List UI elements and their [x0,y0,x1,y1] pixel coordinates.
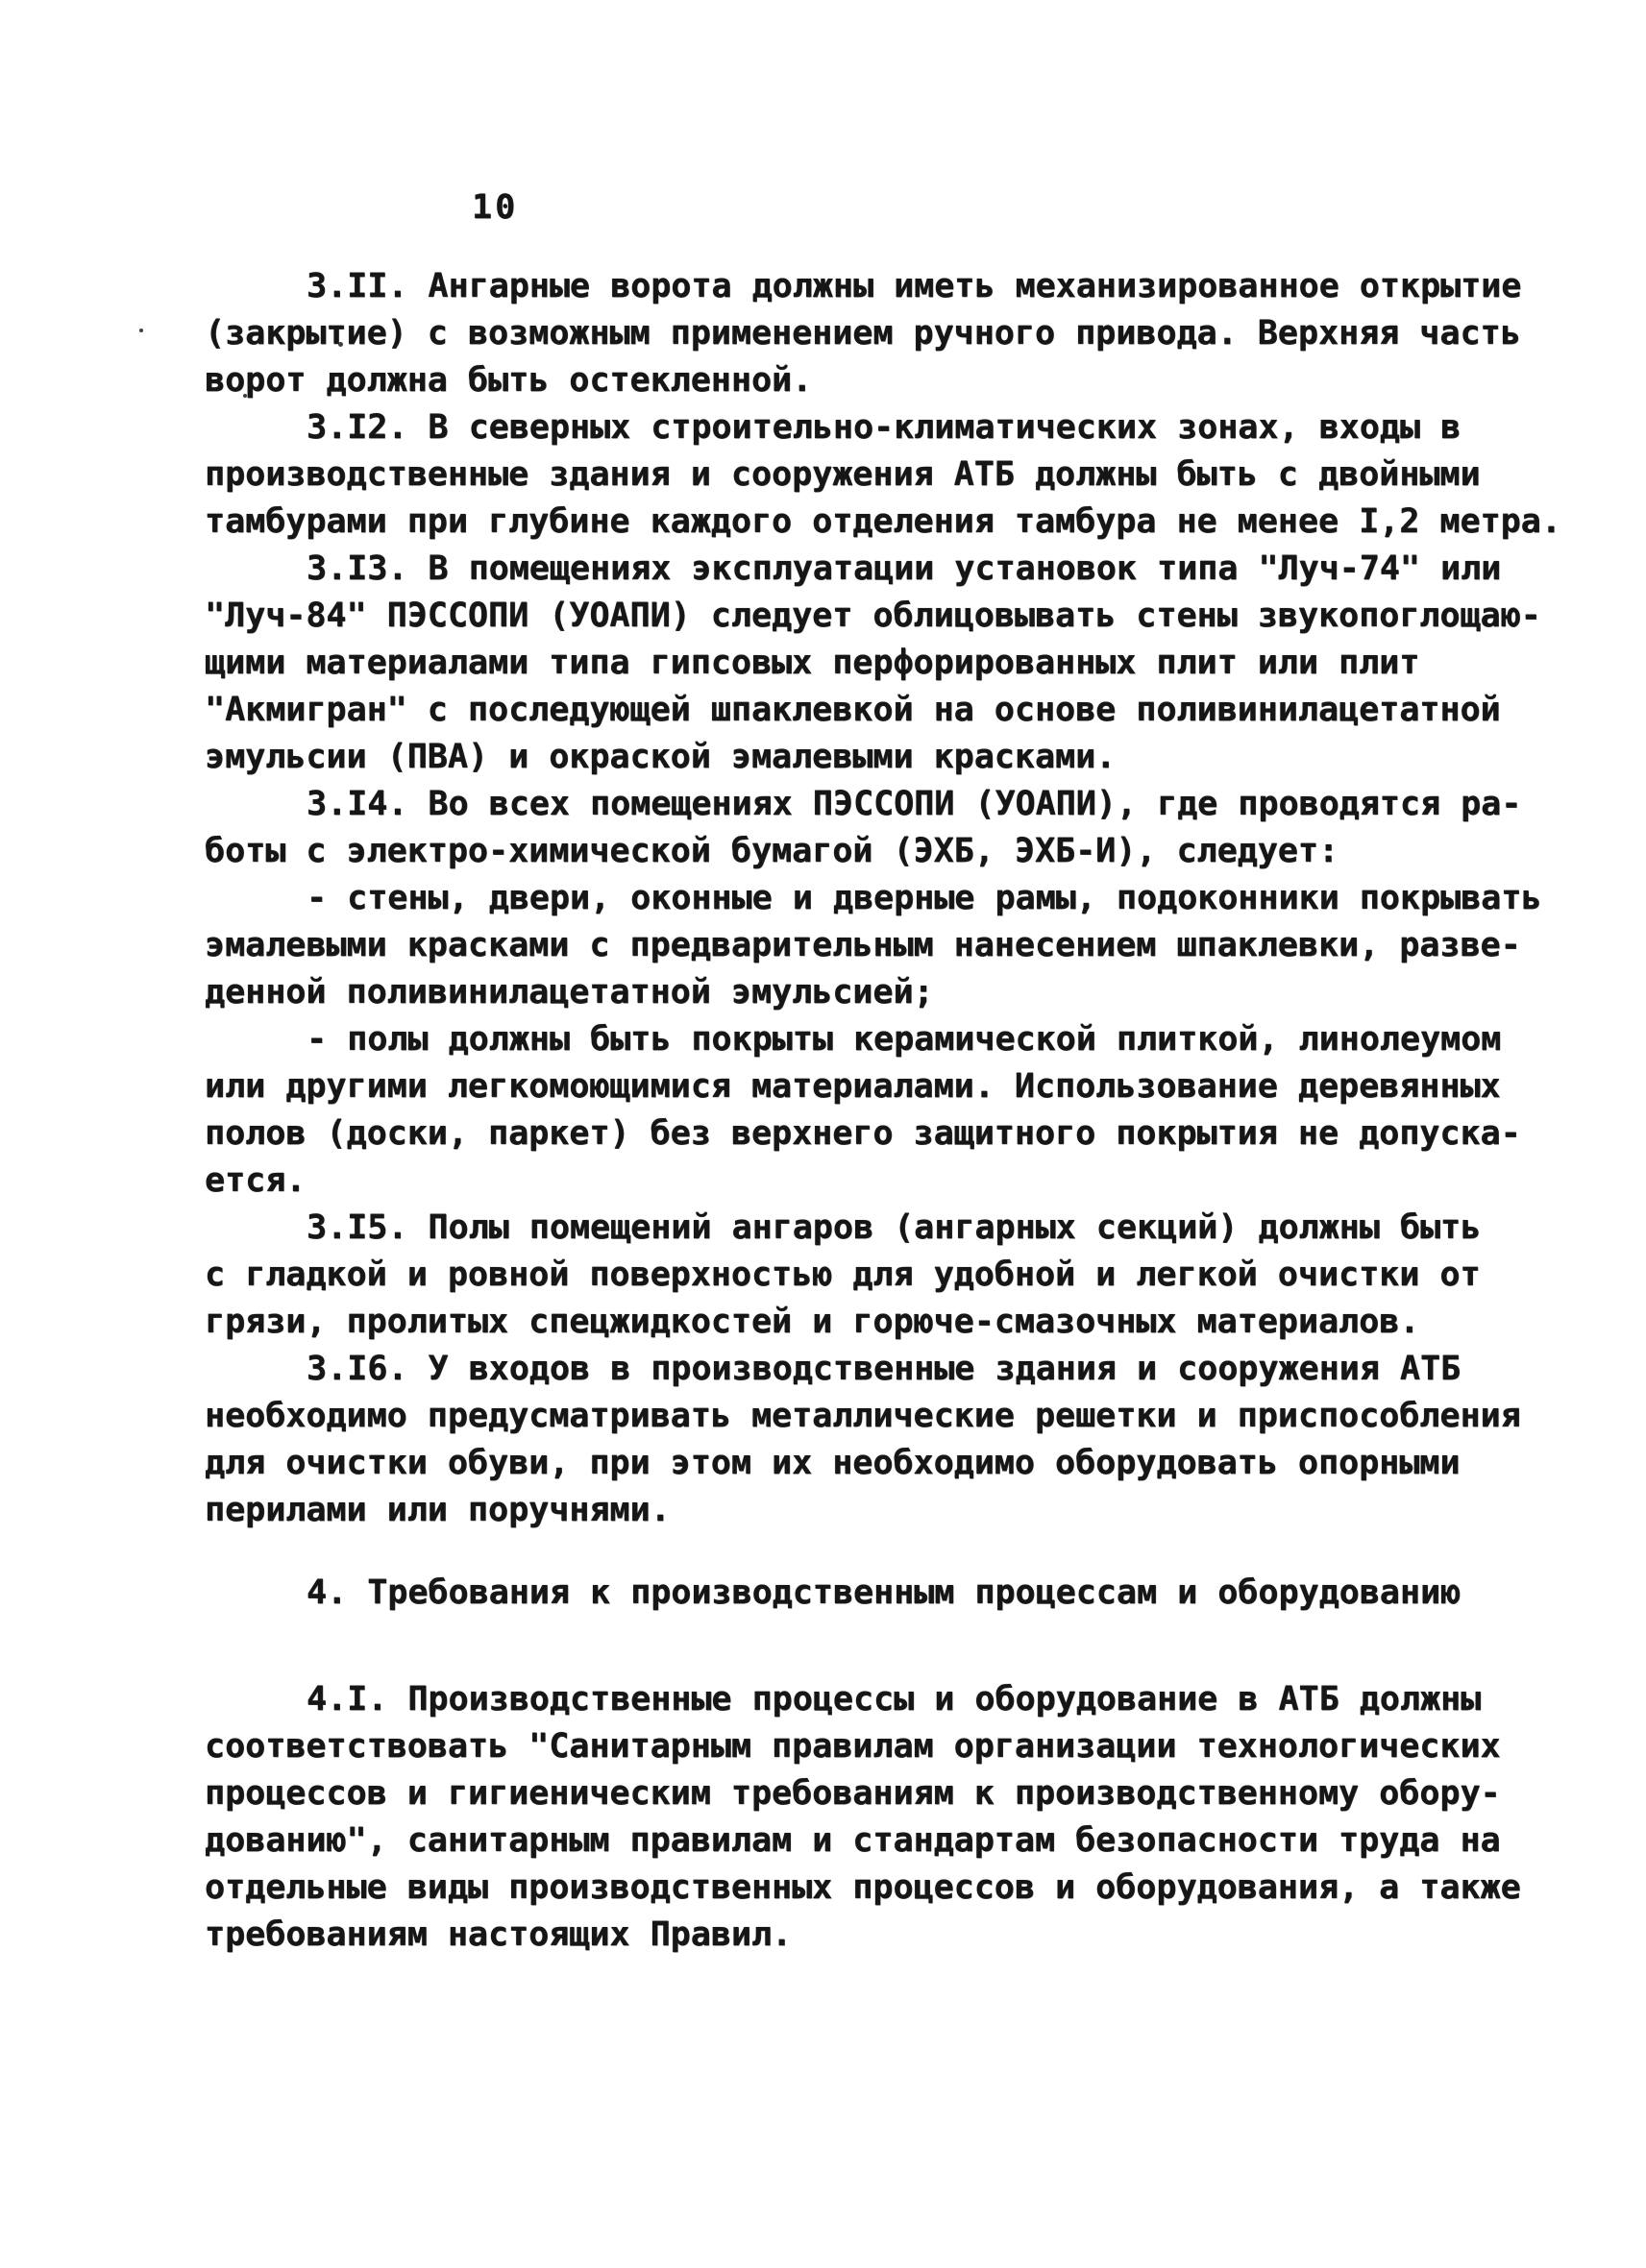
text-line: "Луч-84" ПЭССОПИ (УОАПИ) следует облицов… [205,593,1555,640]
scan-noise-dot [139,329,143,332]
document-text: 3.II. Ангарные ворота должны иметь механ… [205,263,1555,1959]
text-line: соответствовать "Санитарным правилам орг… [205,1723,1555,1770]
text-line: производственные здания и сооружения АТБ… [205,451,1555,499]
paragraph: 4.I. Производственные процессы и оборудо… [205,1676,1555,1959]
text-line: 3.I3. В помещениях эксплуатации установо… [205,546,1555,593]
page-number: 10 [472,188,518,227]
paragraph: 3.I5. Полы помещений ангаров (ангарных с… [205,1205,1555,1346]
text-line: щими материалами типа гипсовых перфориро… [205,640,1555,687]
paragraph: 3.II. Ангарные ворота должны иметь механ… [205,263,1555,404]
text-line: для очистки обуви, при этом их необходим… [205,1440,1555,1487]
text-line: ворот должна быть остекленной. [205,357,1555,404]
text-line: требованиям настоящих Правил. [205,1912,1555,1959]
text-line: тамбурами при глубине каждого отделения … [205,499,1555,546]
section-heading: 4. Требования к производственным процесс… [205,1570,1555,1617]
text-line: 3.II. Ангарные ворота должны иметь механ… [205,263,1555,310]
text-line: эмалевыми красками с предварительным нан… [205,922,1555,969]
text-line: 4.I. Производственные процессы и оборудо… [205,1676,1555,1723]
scan-noise-dot [338,342,343,347]
text-line: процессов и гигиеническим требованиям к … [205,1770,1555,1817]
paragraph: 3.I4. Во всех помещениях ПЭССОПИ (УОАПИ)… [205,781,1555,875]
text-line: или другими легкомоющимися материалами. … [205,1063,1555,1110]
text-line: полов (доски, паркет) без верхнего защит… [205,1110,1555,1158]
text-line: - стены, двери, оконные и дверные рамы, … [205,875,1555,922]
text-line: необходимо предусматривать металлические… [205,1393,1555,1440]
text-line: перилами или поручнями. [205,1487,1555,1534]
text-line: 3.I6. У входов в производственные здания… [205,1346,1555,1393]
text-line: "Акмигран" с последующей шпаклевкой на о… [205,687,1555,734]
text-line: боты с электро-химической бумагой (ЭХБ, … [205,828,1555,875]
paragraph: 3.I2. В северных строительно-климатическ… [205,404,1555,546]
text-line: отдельные виды производственных процессо… [205,1865,1555,1912]
text-line: дованию", санитарным правилам и стандарт… [205,1817,1555,1865]
text-line: грязи, пролитых спецжидкостей и горюче-с… [205,1299,1555,1346]
paragraph: - стены, двери, оконные и дверные рамы, … [205,875,1555,1016]
text-line: (закрытие) с возможным применением ручно… [205,310,1555,357]
scanned-document-page: 10 3.II. Ангарные ворота должны иметь ме… [0,0,1646,2268]
text-line: денной поливинилацетатной эмульсией; [205,969,1555,1016]
paragraph: 3.I6. У входов в производственные здания… [205,1346,1555,1534]
text-line: 3.I5. Полы помещений ангаров (ангарных с… [205,1205,1555,1252]
paragraph: - полы должны быть покрыты керамической … [205,1016,1555,1205]
scan-noise-dot [243,394,247,398]
text-line: эмульсии (ПВА) и окраской эмалевыми крас… [205,734,1555,781]
text-line: 4. Требования к производственным процесс… [205,1570,1555,1617]
text-line: 3.I2. В северных строительно-климатическ… [205,404,1555,451]
text-line: 3.I4. Во всех помещениях ПЭССОПИ (УОАПИ)… [205,781,1555,828]
text-line: ется. [205,1158,1555,1205]
text-line: - полы должны быть покрыты керамической … [205,1016,1555,1063]
text-line: с гладкой и ровной поверхностью для удоб… [205,1252,1555,1299]
paragraph: 3.I3. В помещениях эксплуатации установо… [205,546,1555,781]
